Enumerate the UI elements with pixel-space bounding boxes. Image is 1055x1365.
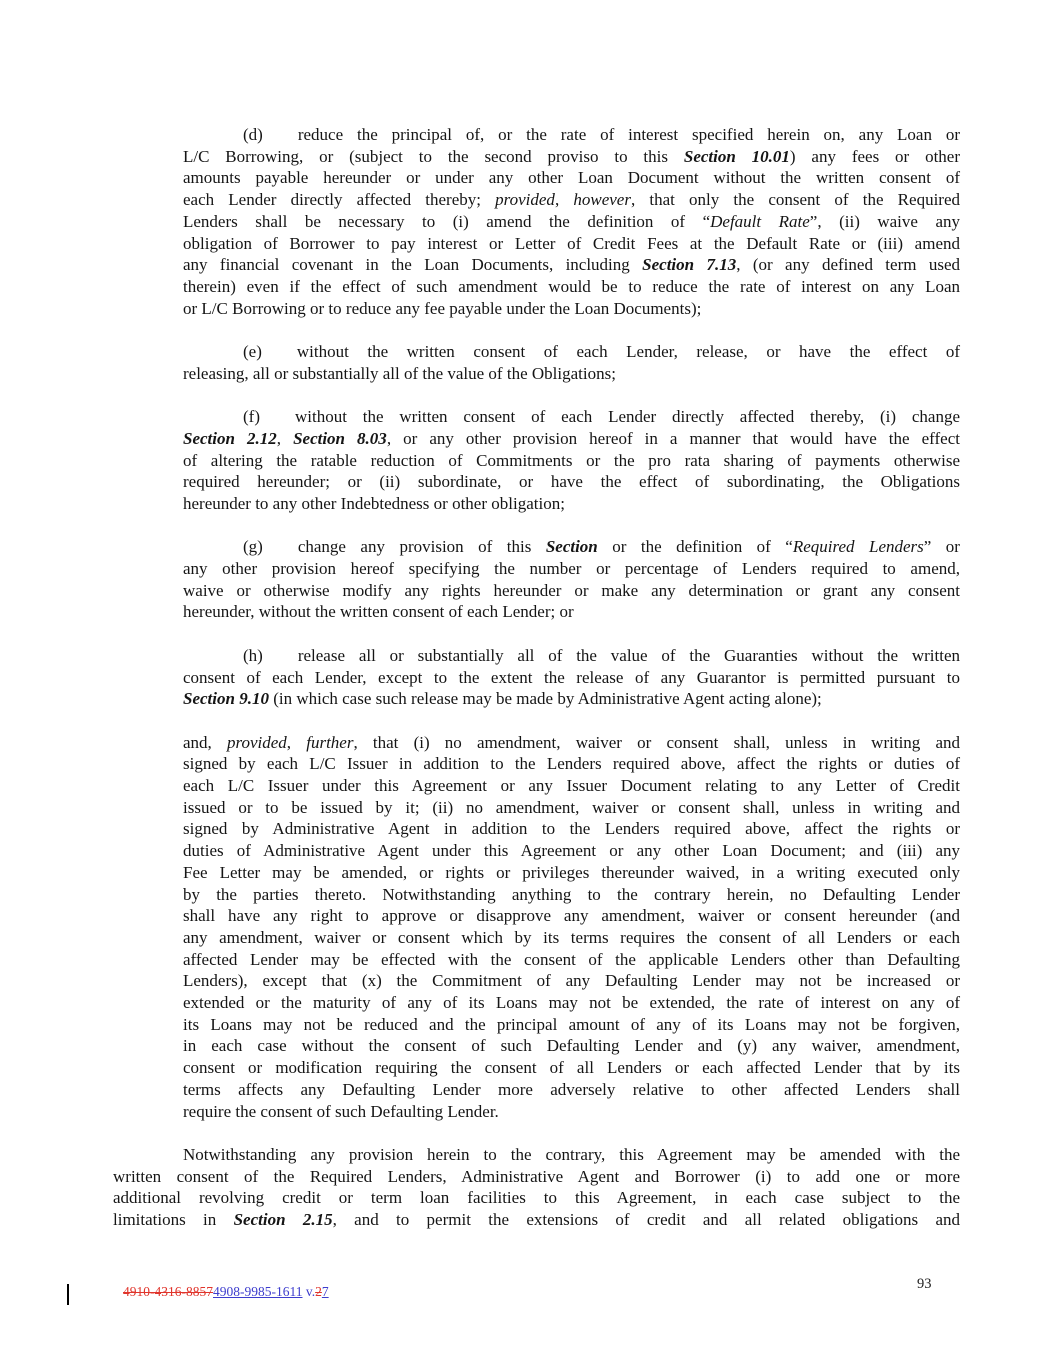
section-reference: Section 9.10 [183, 689, 269, 708]
text-line: consent of each Lender, except to the ex… [183, 667, 960, 689]
text-segment: each Lender directly affected thereby; [183, 190, 495, 209]
document-id-stamp: 4910-4316-88574908-9985-1611 v.27 [123, 1284, 329, 1300]
text-line: of altering the ratable reduction of Com… [183, 450, 960, 472]
text-segment: , (or any defined term used [736, 255, 960, 274]
new-doc-id: 4908-9985-1611 [213, 1284, 303, 1299]
text-segment: its Loans may not be reduced and the pri… [183, 1015, 960, 1034]
section-reference: Section 10.01 [684, 147, 790, 166]
text-segment: hereunder, without the written consent o… [183, 602, 574, 621]
document-body: (d)reduce the principal of, or the rate … [113, 124, 960, 1252]
text-segment: therein) even if the effect of such amen… [183, 277, 960, 296]
text-segment: provided [227, 733, 287, 752]
text-line: limitations in Section 2.15, and to perm… [113, 1209, 960, 1231]
text-segment: release all or substantially all of the … [298, 646, 960, 665]
text-line: by the parties thereto. Notwithstanding … [183, 884, 960, 906]
text-segment: , that only the consent of the Required [631, 190, 960, 209]
paragraph-proviso: and, provided, further, that (i) no amen… [183, 732, 960, 1123]
text-line: require the consent of such Defaulting L… [183, 1101, 960, 1123]
text-segment: Required Lenders [793, 537, 924, 556]
text-line: written consent of the Required Lenders,… [113, 1166, 960, 1188]
text-line: waive or otherwise modify any rights her… [183, 580, 960, 602]
text-segment: of altering the ratable reduction of Com… [183, 451, 960, 470]
text-line: (h)release all or substantially all of t… [183, 645, 960, 667]
text-segment: (in which case such release may be made … [269, 689, 822, 708]
text-segment: or L/C Borrowing or to reduce any fee pa… [183, 299, 701, 318]
text-line: L/C Borrowing, or (subject to the second… [183, 146, 960, 168]
text-line: shall have any right to approve or disap… [183, 905, 960, 927]
text-segment: reduce the principal of, or the rate of … [298, 125, 960, 144]
text-segment: waive or otherwise modify any rights her… [183, 581, 960, 600]
text-line: or L/C Borrowing or to reduce any fee pa… [183, 298, 960, 320]
section-reference: Section 2.15 [234, 1210, 333, 1229]
text-segment: any amendment, waiver or consent which b… [183, 928, 960, 947]
text-segment: issued or to be issued by it; (ii) no am… [183, 798, 960, 817]
text-segment: , [287, 733, 306, 752]
text-segment: required hereunder; or (ii) subordinate,… [183, 472, 960, 491]
text-line: issued or to be issued by it; (ii) no am… [183, 797, 960, 819]
text-line: any financial covenant in the Loan Docum… [183, 254, 960, 276]
text-segment: in each case without the consent of such… [183, 1036, 960, 1055]
text-segment: signed by each L/C Issuer in addition to… [183, 754, 960, 773]
text-segment: ”, (ii) waive any [810, 212, 960, 231]
paragraph-d: (d)reduce the principal of, or the rate … [183, 124, 960, 319]
paragraph-e: (e)without the written consent of each L… [183, 341, 960, 384]
text-line: and, provided, further, that (i) no amen… [183, 732, 960, 754]
text-line: hereunder to any other Indebtedness or o… [183, 493, 960, 515]
text-segment: further [306, 733, 353, 752]
text-segment: hereunder to any other Indebtedness or o… [183, 494, 565, 513]
text-segment: each L/C Issuer under this Agreement or … [183, 776, 960, 795]
text-line: amounts payable hereunder or under any o… [183, 167, 960, 189]
paragraph-h: (h)release all or substantially all of t… [183, 645, 960, 710]
text-segment: without the written consent of each Lend… [297, 342, 960, 361]
text-line: (f)without the written consent of each L… [183, 406, 960, 428]
text-segment: Fee Letter may be amended, or rights or … [183, 863, 960, 882]
text-line: signed by Administrative Agent in additi… [183, 818, 960, 840]
section-reference: Section [546, 537, 598, 556]
text-line: Lenders), except that (x) the Commitment… [183, 970, 960, 992]
text-segment: or the definition of “ [598, 537, 793, 556]
text-segment: , or any other provision hereof in a man… [387, 429, 960, 448]
text-segment: Lenders shall be necessary to (i) amend … [183, 212, 710, 231]
section-reference: Section 8.03 [293, 429, 387, 448]
section-reference: Section 7.13 [642, 255, 736, 274]
text-line: each Lender directly affected thereby; p… [183, 189, 960, 211]
text-segment: (e) [243, 342, 262, 361]
text-line: therein) even if the effect of such amen… [183, 276, 960, 298]
text-line: terms affects any Defaulting Lender more… [183, 1079, 960, 1101]
text-segment: change any provision of this [298, 537, 546, 556]
text-segment: ” or [924, 537, 960, 556]
text-line: duties of Administrative Agent under thi… [183, 840, 960, 862]
text-line: (e)without the written consent of each L… [183, 341, 960, 363]
revision-change-bar [67, 1284, 69, 1305]
new-version: 7 [322, 1284, 329, 1299]
text-line: any other provision hereof specifying th… [183, 558, 960, 580]
text-segment: extended or the maturity of any of its L… [183, 993, 960, 1012]
text-segment: by the parties thereto. Notwithstanding … [183, 885, 960, 904]
text-line: (g)change any provision of this Section … [183, 536, 960, 558]
text-line: extended or the maturity of any of its L… [183, 992, 960, 1014]
text-segment: and, [183, 733, 227, 752]
section-reference: Section 2.12 [183, 429, 277, 448]
text-line: Section 2.12, Section 8.03, or any other… [183, 428, 960, 450]
document-page: (d)reduce the principal of, or the rate … [0, 0, 1055, 1365]
text-line: Notwithstanding any provision herein to … [113, 1144, 960, 1166]
text-line: hereunder, without the written consent o… [183, 601, 960, 623]
text-line: in each case without the consent of such… [183, 1035, 960, 1057]
text-line: affected Lender may be effected with the… [183, 949, 960, 971]
text-line: additional revolving credit or term loan… [113, 1187, 960, 1209]
text-segment: consent of each Lender, except to the ex… [183, 668, 960, 687]
old-doc-id: 4910-4316-8857 [123, 1284, 213, 1299]
text-segment: (g) [243, 537, 263, 556]
text-segment: , and to permit the extensions of credit… [333, 1210, 960, 1229]
text-segment: Lenders), except that (x) the Commitment… [183, 971, 960, 990]
text-segment: duties of Administrative Agent under thi… [183, 841, 960, 860]
text-segment: Default Rate [710, 212, 810, 231]
text-segment: releasing, all or substantially all of t… [183, 364, 616, 383]
text-segment: additional revolving credit or term loan… [113, 1188, 960, 1207]
paragraph-f: (f)without the written consent of each L… [183, 406, 960, 515]
page-number: 93 [917, 1276, 932, 1293]
text-line: any amendment, waiver or consent which b… [183, 927, 960, 949]
text-segment: L/C Borrowing, or (subject to the second… [183, 147, 684, 166]
text-line: (d)reduce the principal of, or the rate … [183, 124, 960, 146]
text-segment: Notwithstanding any provision herein to … [183, 1145, 960, 1164]
text-segment: shall have any right to approve or disap… [183, 906, 960, 925]
text-segment: require the consent of such Defaulting L… [183, 1102, 499, 1121]
text-segment: consent or modification requiring the co… [183, 1058, 960, 1077]
text-segment: provided [495, 190, 555, 209]
text-segment: (d) [243, 125, 263, 144]
version-prefix: v. [303, 1284, 316, 1299]
text-segment: however [573, 190, 631, 209]
text-line: signed by each L/C Issuer in addition to… [183, 753, 960, 775]
text-segment: without the written consent of each Lend… [295, 407, 960, 426]
text-line: Section 9.10 (in which case such release… [183, 688, 960, 710]
text-segment: (h) [243, 646, 263, 665]
text-segment: any other provision hereof specifying th… [183, 559, 960, 578]
text-segment: (f) [243, 407, 260, 426]
text-line: its Loans may not be reduced and the pri… [183, 1014, 960, 1036]
text-line: consent or modification requiring the co… [183, 1057, 960, 1079]
text-segment: ) any fees or other [790, 147, 960, 166]
text-segment: written consent of the Required Lenders,… [113, 1167, 960, 1186]
text-line: releasing, all or substantially all of t… [183, 363, 960, 385]
text-line: required hereunder; or (ii) subordinate,… [183, 471, 960, 493]
text-line: each L/C Issuer under this Agreement or … [183, 775, 960, 797]
text-segment: , [277, 429, 293, 448]
text-segment: amounts payable hereunder or under any o… [183, 168, 960, 187]
text-segment: , [555, 190, 573, 209]
paragraph-g: (g)change any provision of this Section … [183, 536, 960, 623]
text-line: Fee Letter may be amended, or rights or … [183, 862, 960, 884]
text-segment: limitations in [113, 1210, 234, 1229]
text-segment: terms affects any Defaulting Lender more… [183, 1080, 960, 1099]
text-segment: any financial covenant in the Loan Docum… [183, 255, 642, 274]
text-line: Lenders shall be necessary to (i) amend … [183, 211, 960, 233]
old-version: 2 [315, 1284, 322, 1299]
text-segment: obligation of Borrower to pay interest o… [183, 234, 960, 253]
text-segment: affected Lender may be effected with the… [183, 950, 960, 969]
text-segment: , that (i) no amendment, waiver or conse… [353, 733, 960, 752]
text-segment: signed by Administrative Agent in additi… [183, 819, 960, 838]
paragraph-closing: Notwithstanding any provision herein to … [113, 1144, 960, 1231]
text-line: obligation of Borrower to pay interest o… [183, 233, 960, 255]
